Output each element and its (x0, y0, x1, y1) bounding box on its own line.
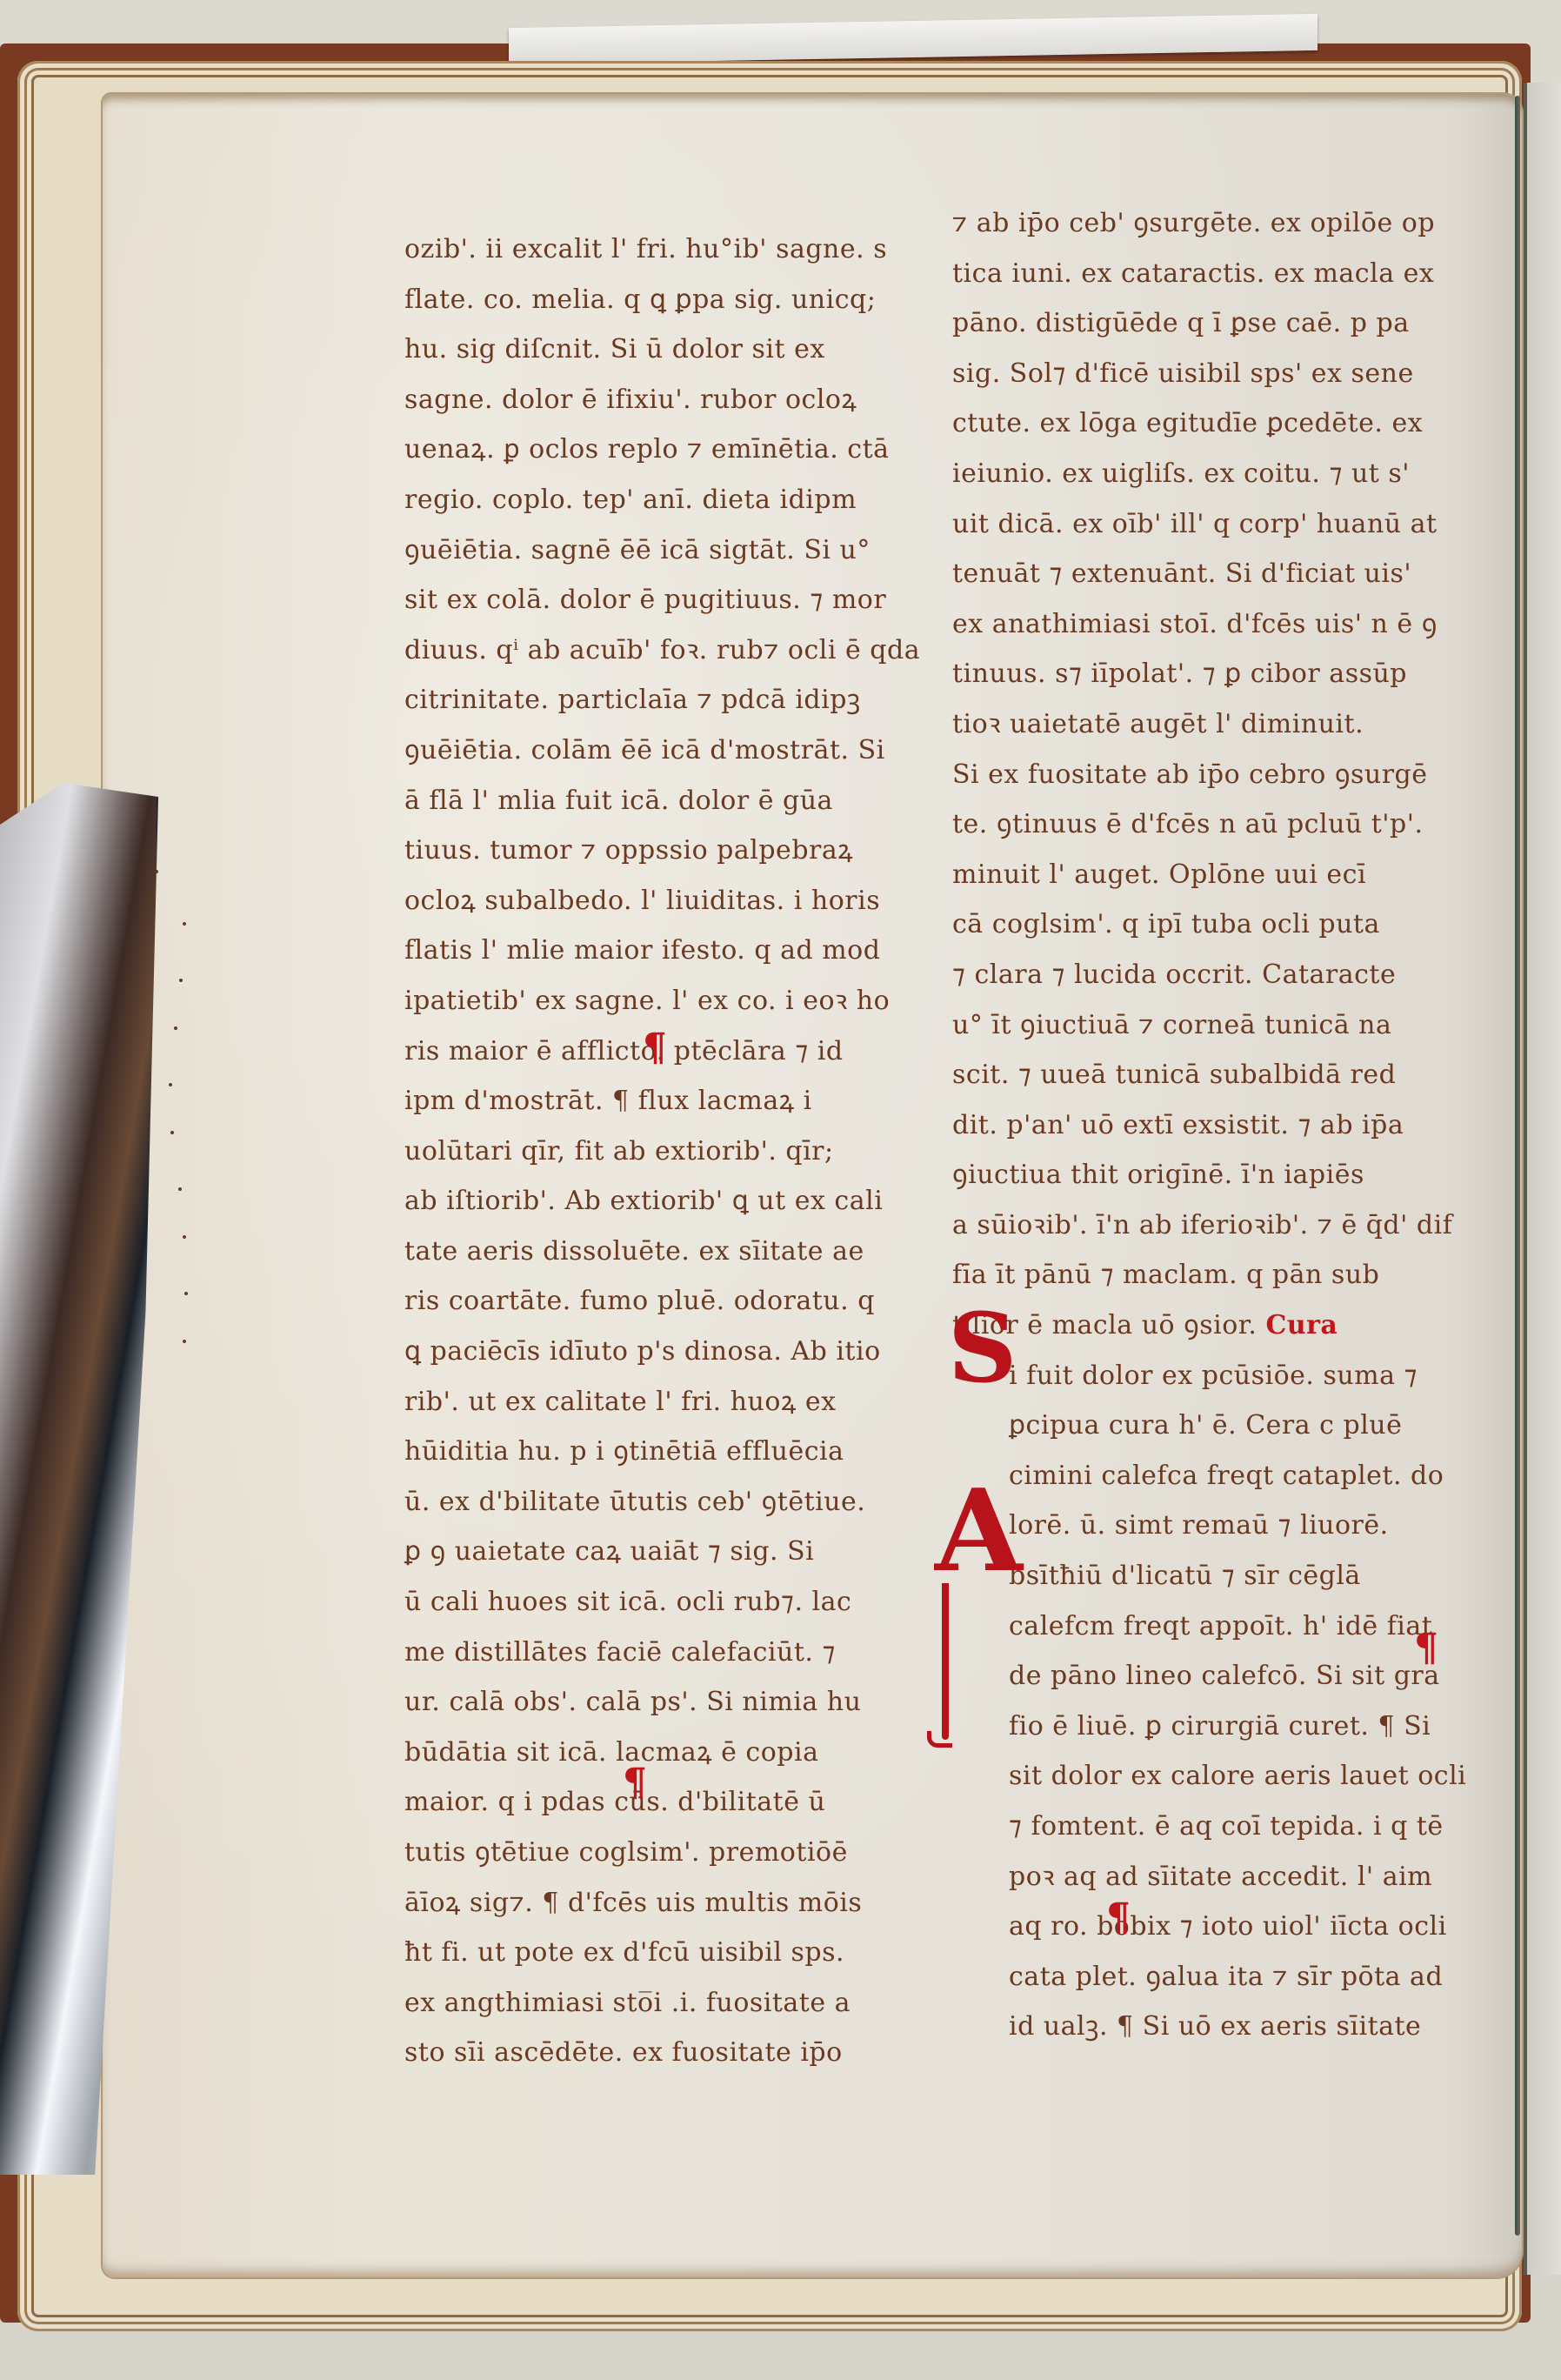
text-line: hūiditia hu. p i ꝯtinētiā effluēcia (404, 1427, 961, 1477)
text-line: me distillātes faciē calefaciūt. ⁊ (404, 1628, 961, 1678)
text-line: tenuāt ⁊ extenuānt. Si d'ficiat uis' (952, 549, 1509, 599)
text-line: te. ꝯtinuus ē d'fcēs n aū pcluū t'p'. (952, 799, 1509, 850)
pricking-hole (183, 1235, 186, 1239)
text-line: ū cali huoes sit icā. ocli rub⁊. lac (404, 1577, 961, 1628)
rubric-heading-cura: Cura (1265, 1310, 1338, 1340)
text-line: sto sīi ascēdēte. ex fuositate ip̄o (404, 2028, 961, 2078)
text-line: ꝯiuctiua thit origīnē. ī'n iapiēs (952, 1150, 1509, 1200)
text-line: sagne. dolor ē ifixiu'. rubor ocloꝝ (404, 375, 961, 425)
text-line: maior. q i pdas cūs. d'bilitatē ū (404, 1777, 961, 1828)
pricking-hole (169, 1083, 172, 1086)
text-line: ꝯuēiētia. colām ēē icā d'mostrāt. Si (404, 725, 961, 776)
text-line: sit ex colā. dolor ē pugitiuus. ⁊ mor (404, 575, 961, 625)
text-line: flatis l' mlie maior ifesto. q ad mod (404, 926, 961, 976)
text-line: uit dicā. ex oīb' ill' q corp' huanū at (952, 499, 1509, 550)
text-line-with-paragraph-mark: āīoꝝ sig⁊. ¶ d'fcēs uis multis mōis (404, 1878, 961, 1929)
text-line: lorē. ū. simt remaū ⁊ liuorē. (1009, 1501, 1509, 1551)
initial-a-flourish (942, 1583, 949, 1740)
text-line: ꝑcipua cura h' ē. Cera c pluē (1009, 1401, 1509, 1451)
red-initial-a: A (935, 1474, 1023, 1588)
pricking-hole (183, 922, 186, 926)
text-line: ū. ex d'bilitate ūtutis ceb' ꝯtētiue. (404, 1477, 961, 1528)
text-line: bsītħiū d'licatū ⁊ sīr cēglā (1009, 1551, 1509, 1601)
text-line: tutis ꝯtētiue coglsim'. premotiōē (404, 1828, 961, 1878)
text-line: cimini calefca freqt cataplet. do (1009, 1451, 1509, 1501)
text-line: tate aeris dissoluēte. ex sīitate ae (404, 1227, 961, 1277)
paragraph-mark-icon: ¶ (1414, 1635, 1438, 1661)
text-line: scit. ⁊ uueā tunicā subalbidā red (952, 1050, 1509, 1100)
pricking-hole (178, 1187, 182, 1191)
pricking-hole (174, 1026, 177, 1030)
text-segment: ipm d'mostrāt. ¶ flux lacmaꝝ i (404, 1086, 812, 1116)
text-line: aq ro. bobix ⁊ ioto uiol' iīcta ocli (1009, 1902, 1509, 1952)
text-line: cata plet. ꝯalua ita ⁊ sīr pōta ad (1009, 1952, 1509, 2002)
text-line: cā coglsim'. q ipī tuba ocli puta (952, 899, 1509, 950)
text-line: citrinitate. particlaīa ⁊ pdcā idipꝫ (404, 675, 961, 725)
text-line: sig. Sol⁊ d'ficē uisibil sps' ex sene (952, 349, 1509, 399)
text-line: Si ex fuositate ab ip̄o cebro ꝯsurgē (952, 750, 1509, 800)
text-line: uenaꝝ. ꝑ oclos replo ⁊ emīnētia. ctā (404, 425, 961, 475)
text-line: ⁊ ab ip̄o ceb' ꝯsurgēte. ex opilōe op (952, 198, 1509, 249)
text-line: diuus. qⁱ ab acuīb' foꝛ. rub⁊ ocli ē qda (404, 625, 961, 676)
text-line: poꝛ aq ad sīitate accedit. l' aim (1009, 1852, 1509, 1902)
page-fold-shadow (1515, 96, 1520, 2236)
text-line: minuit l' auget. Oplōne uui ecī (952, 850, 1509, 900)
text-line: uolūtari qīr, fit ab extiorib'. qīr; (404, 1126, 961, 1177)
paragraph-mark-icon: ¶ (623, 1770, 647, 1796)
text-line: ctute. ex lōga egitudīe ꝑcedēte. ex (952, 398, 1509, 449)
text-line: ocloꝝ subalbedo. l' liuiditas. i horis (404, 876, 961, 926)
text-line: ipatietib' ex sagne. l' ex co. i eoꝛ ho (404, 976, 961, 1026)
text-line: i fuit dolor ex pcūsiōe. suma ⁊ (1009, 1351, 1509, 1401)
paragraph-mark-icon: ¶ (643, 1035, 667, 1061)
text-line: sit dolor ex calore aeris lauet ocli (1009, 1751, 1509, 1802)
text-line: regio. coplo. tep' anī. dieta idipm (404, 475, 961, 525)
text-line-with-rubric: tilior ē macla uō ꝯsior. Cura (952, 1300, 1509, 1351)
text-line-with-paragraph-mark: ipm d'mostrāt. ¶ flux lacmaꝝ i (404, 1076, 961, 1126)
text-line: pāno. distigūēde q ī ꝑse caē. p pa (952, 298, 1509, 349)
text-line: ꝯuēiētia. sagnē ēē icā sigtāt. Si u° (404, 525, 961, 576)
text-line: id ualꝫ. ¶ Si uō ex aeris sīitate (1009, 2002, 1509, 2052)
cura-section: i fuit dolor ex pcūsiōe. suma ⁊ ꝑcipua c… (952, 1351, 1509, 2052)
left-text-column: ozib'. ii excalit l' fri. hu°ib' sagne. … (404, 224, 961, 2078)
pricking-hole (179, 979, 183, 982)
text-line: fio ē liuē. ꝑ cirurgiā curet. ¶ Si (1009, 1701, 1509, 1752)
text-line: tiuus. tumor ⁊ oppssio palpebraꝝ (404, 826, 961, 876)
text-line: tica iuni. ex cataractis. ex macla ex (952, 249, 1509, 299)
text-line: tinuus. s⁊ iīpolat'. ⁊ ꝑ cibor assūp (952, 649, 1509, 699)
text-line: ⁊ clara ⁊ lucida occrit. Cataracte (952, 950, 1509, 1000)
text-line: ā flā l' mlia fuit icā. dolor ē gūa (404, 776, 961, 826)
text-line: ur. calā obs'. calā ps'. Si nimia hu (404, 1677, 961, 1728)
text-line: fīa īt pānū ⁊ maclam. q pān sub (952, 1250, 1509, 1300)
text-line: rib'. ut ex calitate l' fri. huoꝝ ex (404, 1377, 961, 1427)
red-initial-s: S (948, 1300, 1017, 1396)
text-line: hu. sig diſcnit. Si ū dolor sit ex (404, 324, 961, 375)
text-line: a sūioꝛib'. ī'n ab iferioꝛib'. ⁊ ē q̄d' … (952, 1200, 1509, 1251)
text-line: ieiunio. ex uigliſs. ex coitu. ⁊ ut s' (952, 449, 1509, 499)
text-line: tioꝛ uaietatē augēt l' diminuit. (952, 699, 1509, 750)
text-line: ozib'. ii excalit l' fri. hu°ib' sagne. … (404, 224, 961, 275)
text-line: ħt fi. ut pote ex d'fcū uisibil sps. (404, 1928, 961, 1978)
text-line: ris maior ē afflicto. ptēclāra ⁊ id (404, 1026, 961, 1077)
initial-a-flourish-hook (927, 1731, 952, 1748)
text-line: u° īt ꝯiuctiuā ⁊ corneā tunicā na (952, 1000, 1509, 1051)
paragraph-mark-icon: ¶ (1106, 1905, 1131, 1931)
pricking-hole (184, 1292, 188, 1295)
text-line: ris coartāte. fumo pluē. odoratu. q (404, 1276, 961, 1327)
facing-page-edge (1524, 83, 1561, 2275)
right-text-column: ⁊ ab ip̄o ceb' ꝯsurgēte. ex opilōe op ti… (952, 198, 1509, 2052)
text-line: ab iſtiorib'. Ab extiorib' ꝗ ut ex cali (404, 1176, 961, 1227)
text-line: ꝑ ꝯ uaietate caꝝ uaiāt ⁊ sig. Si (404, 1527, 961, 1577)
text-line: ex anathimiasi stoī. d'fcēs uis' n ē ꝯ (952, 599, 1509, 650)
text-line: ⁊ fomtent. ē aq coī tepida. i q tē (1009, 1802, 1509, 1852)
text-line: būdātia sit icā. lacmaꝝ ē copia (404, 1728, 961, 1778)
text-line: ꝗ paciēcīs idīuto p's dinosa. Ab itio (404, 1327, 961, 1377)
pricking-hole (183, 1340, 186, 1343)
text-line: ex angthimiasi sto̅i .i. fuositate a (404, 1978, 961, 2029)
text-line: flate. co. melia. q ꝗ ꝑpa sig. unicq; (404, 275, 961, 325)
text-line: dit. p'an' uō extī exsistit. ⁊ ab ip̄a (952, 1100, 1509, 1151)
pricking-hole (170, 1131, 174, 1134)
